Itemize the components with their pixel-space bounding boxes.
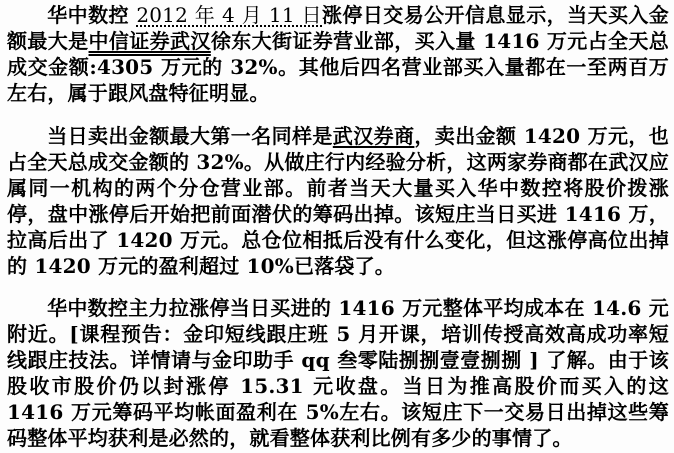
broker-link-wuhan[interactable]: 武汉券商 — [333, 124, 415, 148]
text-segment: 当日卖出金额最大第一名同样是 — [47, 124, 333, 148]
text-segment: 华中数控主力拉涨停当日买进的 1416 万元整体平均成本在 14.6 元附近。[… — [7, 296, 669, 450]
paragraph-1: 华中数控 2012 年 4 月 11 日涨停日交易公开信息显示，当天买入金额最大… — [7, 2, 669, 106]
text-segment: 华中数控 — [47, 3, 136, 27]
date-text: 2012 年 4 月 11 日 — [136, 3, 322, 27]
paragraph-2: 当日卖出金额最大第一名同样是武汉券商，卖出金额 1420 万元，也占全天总成交金… — [7, 123, 669, 279]
broker-link-citic-wuhan[interactable]: 中信证券武汉 — [89, 29, 211, 53]
paragraph-3: 华中数控主力拉涨停当日买进的 1416 万元整体平均成本在 14.6 元附近。[… — [7, 295, 669, 451]
